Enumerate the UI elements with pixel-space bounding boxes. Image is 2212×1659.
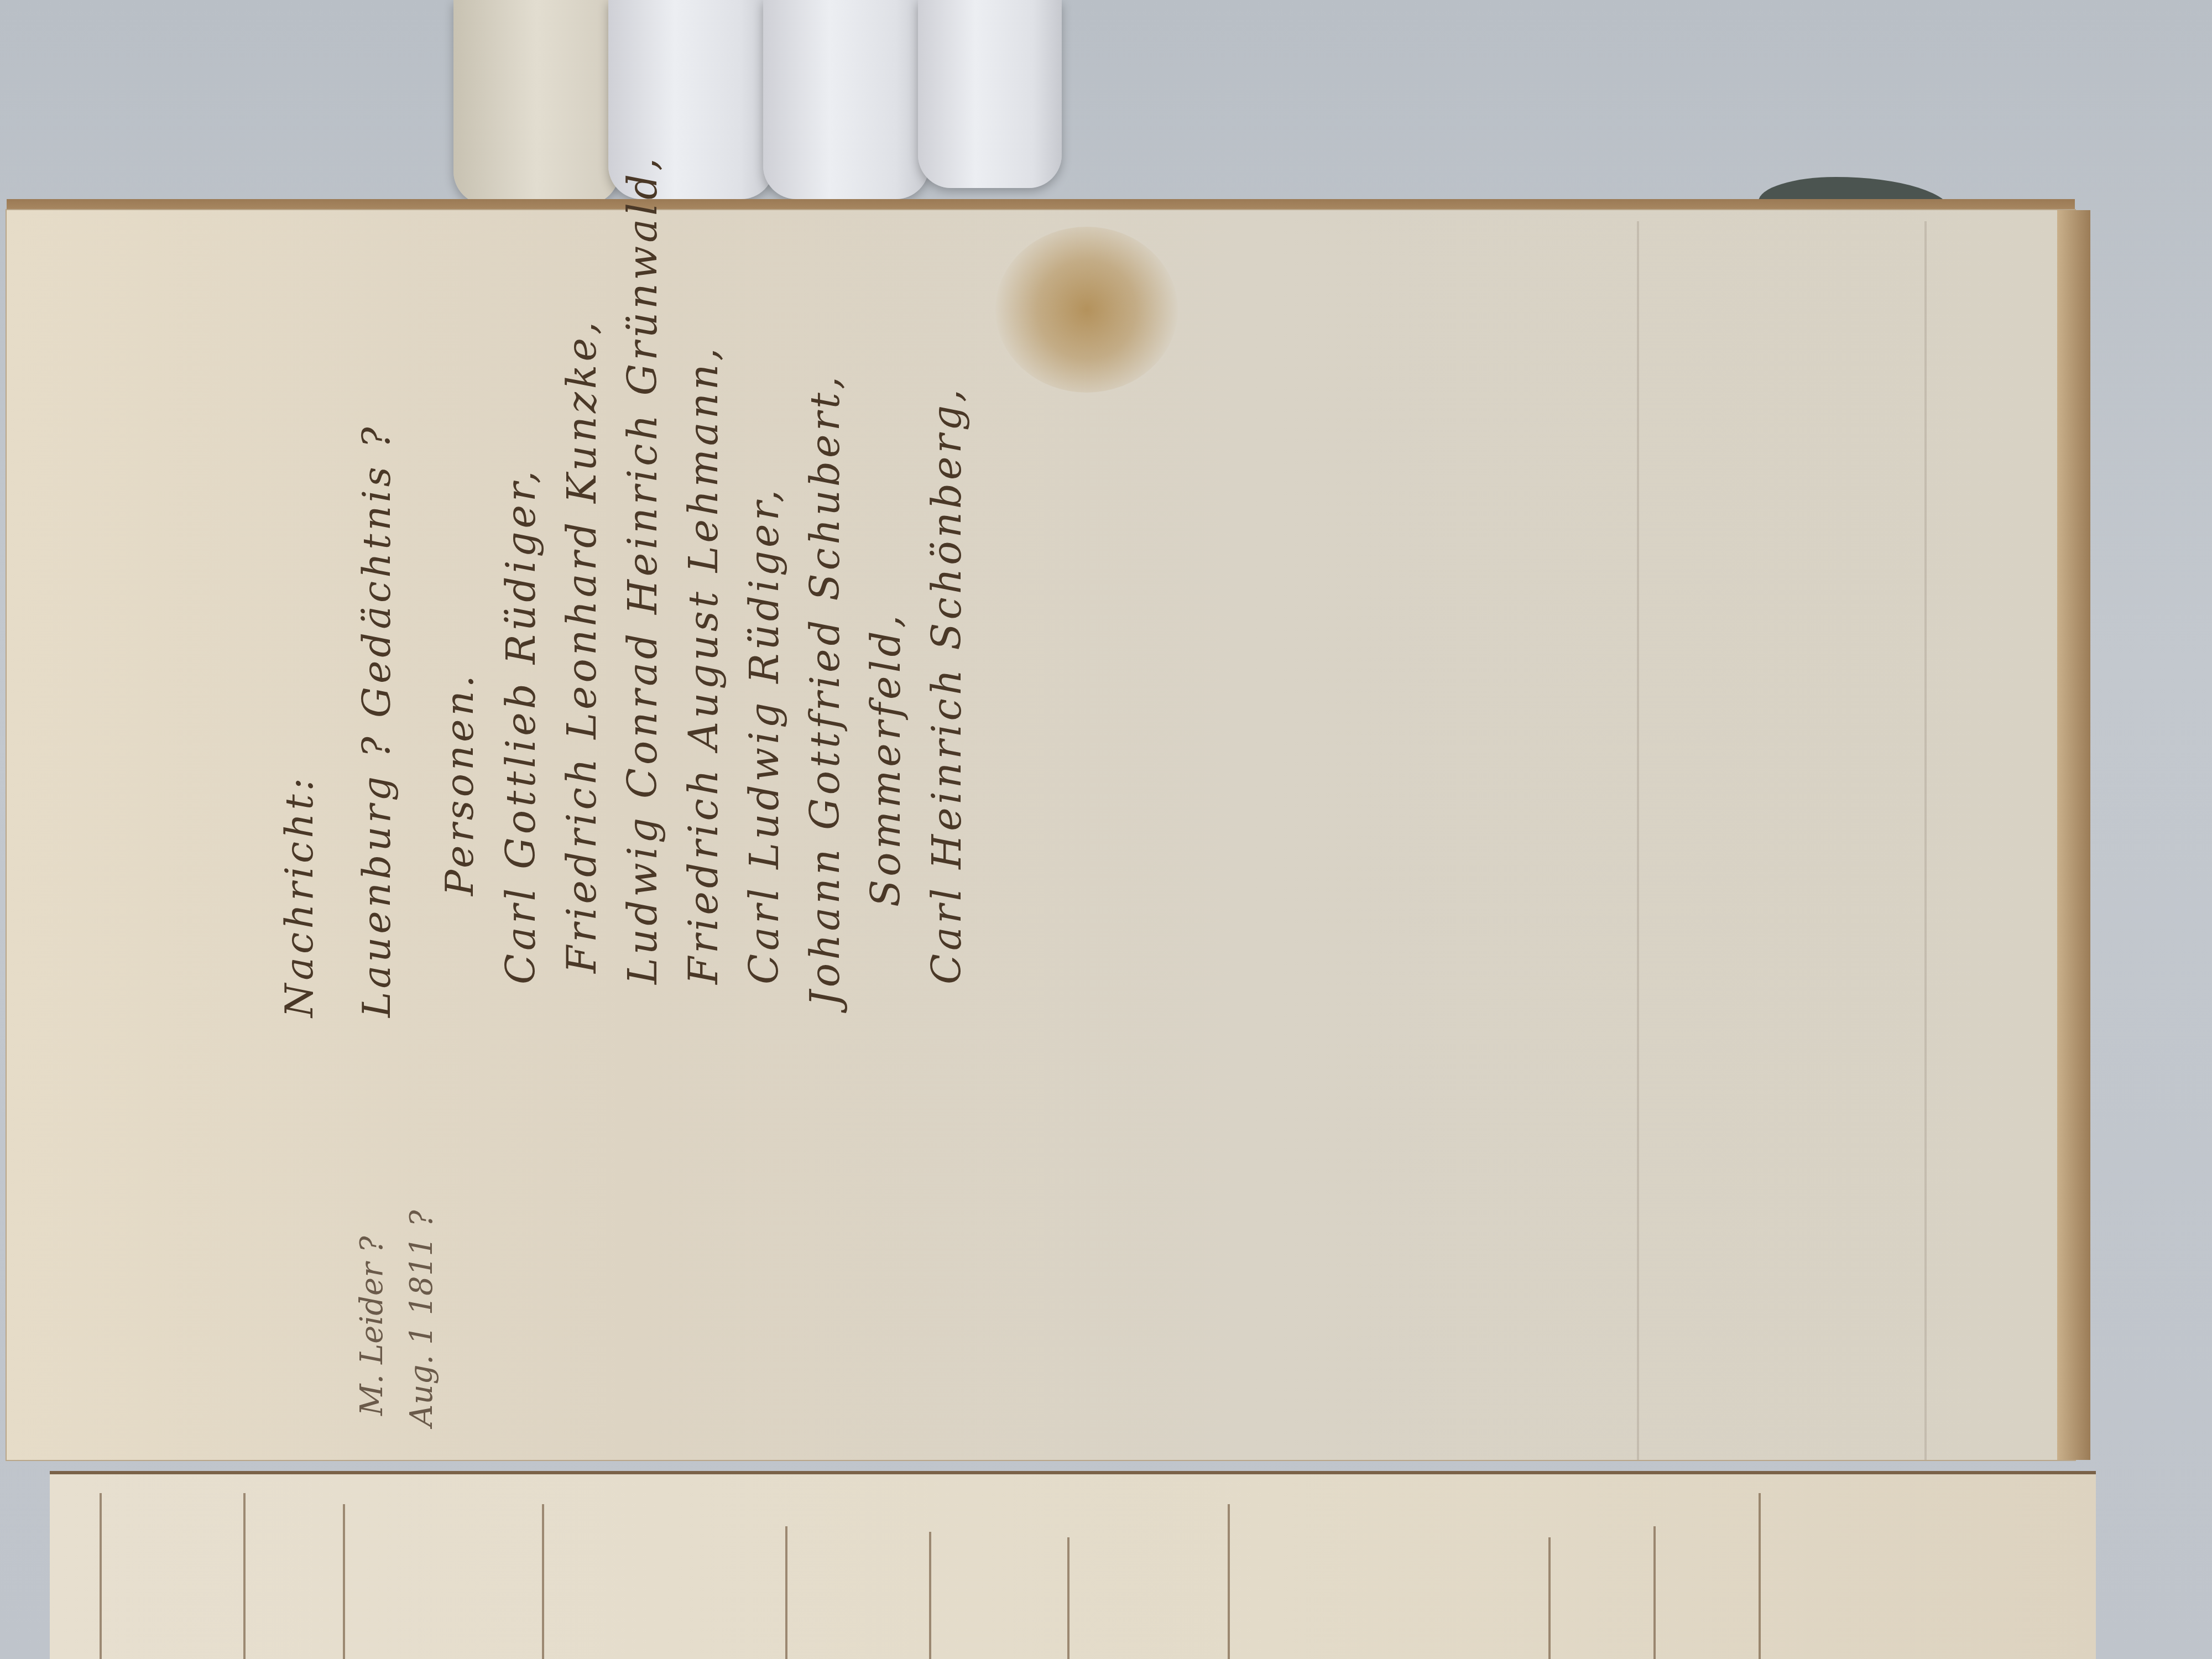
marginal-note-line: M. Leider ?	[354, 1236, 390, 1416]
header-line: Personen.	[437, 672, 482, 896]
water-stain	[995, 227, 1178, 393]
name-entry: Carl Ludwig Rüdiger,	[741, 487, 787, 984]
page-fold	[1924, 221, 1927, 1460]
gloved-finger	[453, 0, 619, 205]
facing-page-text	[1759, 1493, 1761, 1659]
facing-page	[50, 1471, 2096, 1659]
facing-page-text	[785, 1526, 787, 1659]
name-entry: Johann Gottfried Schubert,	[802, 373, 848, 1006]
facing-page-text	[343, 1504, 345, 1659]
gloved-finger	[763, 0, 929, 199]
page-stack-edge	[2057, 210, 2090, 1460]
facing-page-text	[1548, 1537, 1551, 1659]
name-entry: Friedrich August Lehmann,	[680, 345, 727, 984]
facing-page-text	[1067, 1537, 1070, 1659]
facing-page-text	[542, 1504, 544, 1659]
name-entry: Ludwig Conrad Heinrich Grünwald,	[619, 155, 666, 984]
facing-page-text	[243, 1493, 246, 1659]
header-line: Lauenburg ? Gedächtnis ?	[354, 424, 399, 1018]
page-fold	[1637, 221, 1639, 1460]
name-entry: Carl Gottlieb Rüdiger,	[498, 467, 544, 984]
name-entry: Carl Heinrich Schönberg,	[924, 386, 970, 984]
name-entry: Friedrich Leonhard Kunzke,	[559, 319, 605, 973]
facing-page-text	[1653, 1526, 1656, 1659]
name-entry: Sommerfeld,	[863, 612, 909, 907]
facing-page-text	[1228, 1504, 1230, 1659]
header-line: Nachricht:	[276, 775, 322, 1018]
marginal-note-line: Aug. 1 1811 ?	[404, 1210, 440, 1427]
facing-page-text	[100, 1493, 102, 1659]
gloved-finger	[918, 0, 1062, 188]
facing-page-text	[929, 1532, 931, 1659]
